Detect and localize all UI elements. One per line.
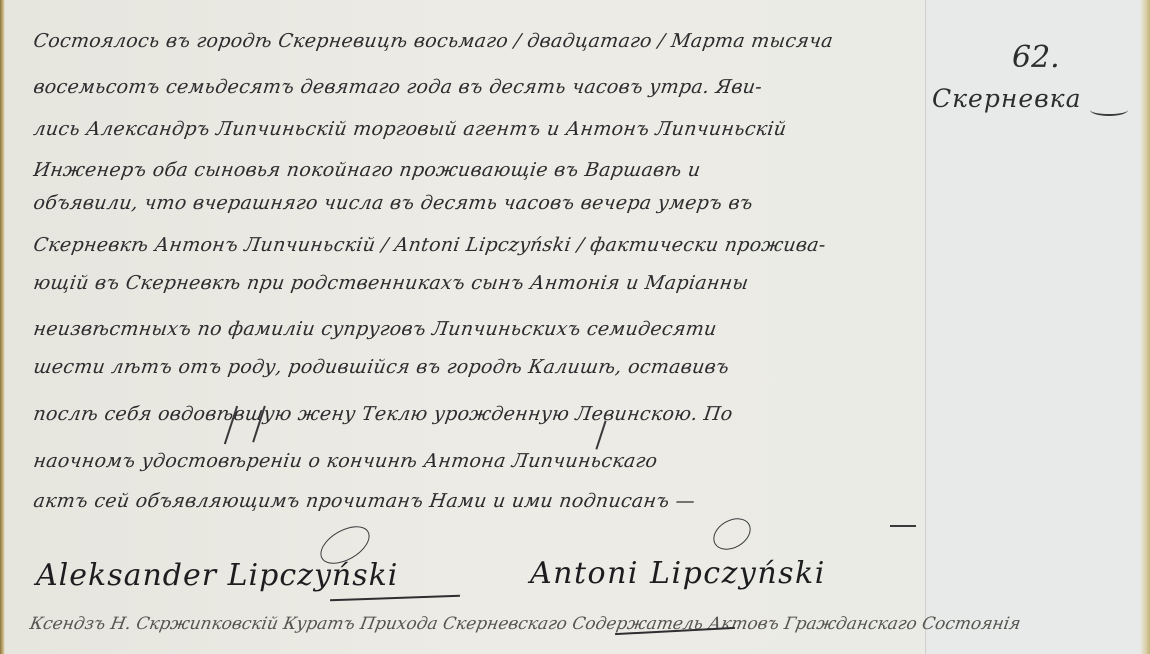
page-right-edge bbox=[1140, 0, 1150, 654]
margin-rule-line bbox=[925, 0, 926, 654]
body-line-7: ющій въ Скерневкѣ при родственникахъ сын… bbox=[32, 272, 915, 294]
body-line-2: восемьсотъ семьдесятъ девятаго года въ д… bbox=[32, 76, 915, 98]
body-line-8: неизвѣстныхъ по фамиліи супруговъ Липчин… bbox=[32, 318, 915, 340]
body-line-1: Состоялось въ городѣ Скерневицѣ восьмаго… bbox=[32, 30, 915, 52]
closing-dash-stroke bbox=[890, 525, 916, 527]
body-line-3: лись Александръ Липчиньскій торговый аге… bbox=[32, 118, 915, 140]
body-line-5: объявили, что вчерашняго числа въ десять… bbox=[32, 192, 915, 214]
body-line-9: шести лѣтъ отъ роду, родившійся въ город… bbox=[32, 356, 915, 378]
body-line-12: актъ сей объявляющимъ прочитанъ Нами и и… bbox=[32, 490, 915, 512]
signature-antoni-lipczynski: Antoni Lipczyński bbox=[530, 556, 826, 591]
body-line-6: Скерневкѣ Антонъ Липчиньскій / Antoni Li… bbox=[32, 234, 915, 256]
body-line-4: Инженеръ оба сыновья покойнаго проживающ… bbox=[32, 159, 915, 181]
body-line-11: наочномъ удостовѣреніи о кончинѣ Антона … bbox=[32, 450, 915, 472]
record-number: 62. bbox=[1012, 40, 1060, 75]
body-line-10: послѣ себя овдовѣвшую жену Теклю урожден… bbox=[32, 403, 915, 425]
signature-aleksander-lipczynski: Aleksander Lipczyński bbox=[36, 558, 398, 593]
margin-village-name: Скерневка bbox=[932, 84, 1082, 113]
officiant-signature-line: Ксендзъ Н. Скржипковскій Куратъ Прихода … bbox=[28, 614, 1022, 634]
village-flourish-stroke bbox=[1090, 104, 1128, 116]
scanned-document-page: Состоялось въ городѣ Скерневицѣ восьмаго… bbox=[0, 0, 1150, 654]
